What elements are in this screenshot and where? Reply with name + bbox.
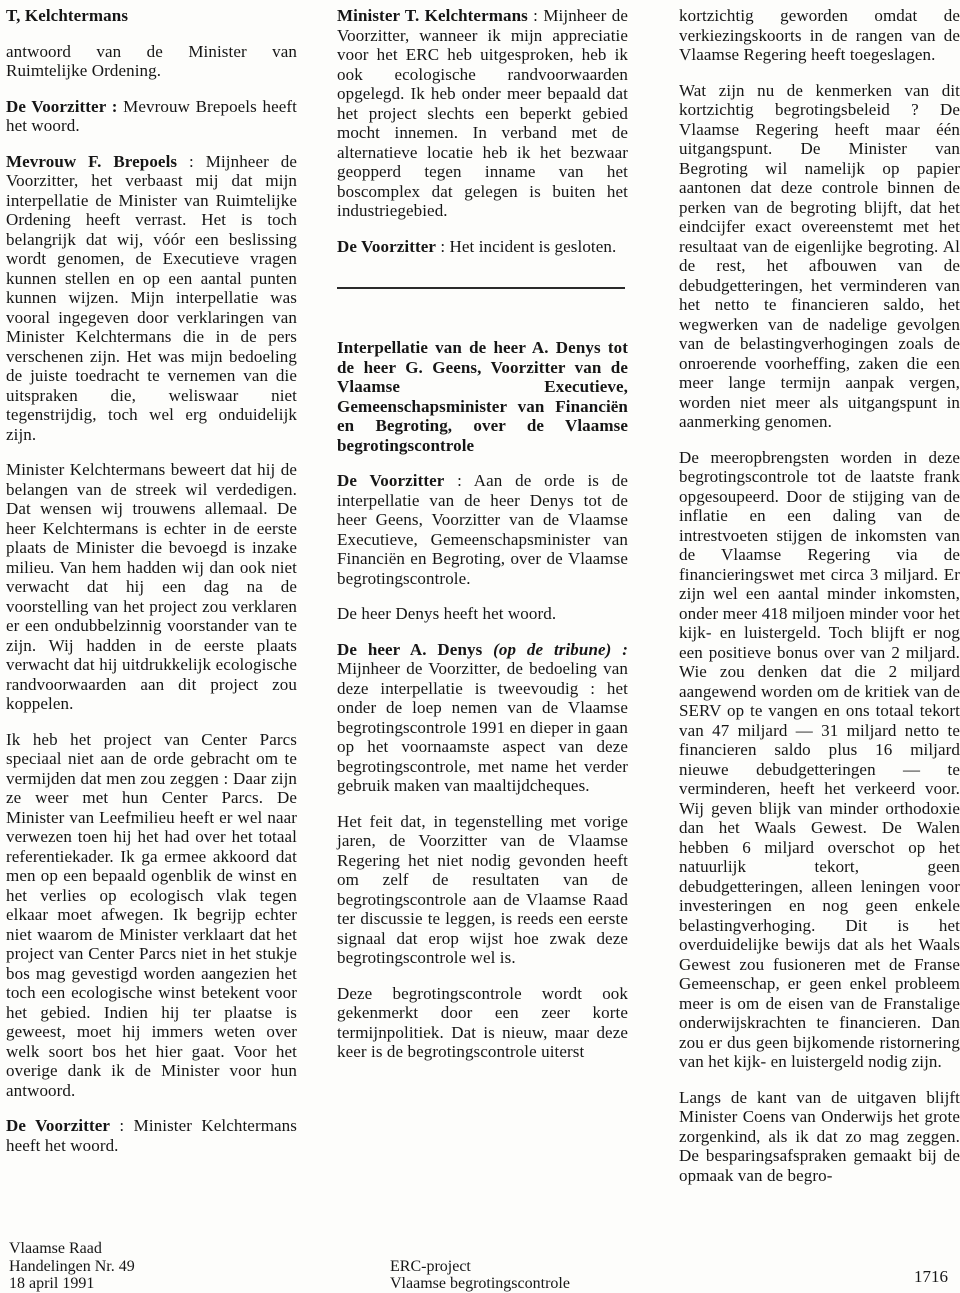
text-segment: antwoord van de Minister van Ruimtelijke…: [6, 42, 297, 81]
paragraph: Ik heb het project van Center Parcs spec…: [6, 730, 297, 1101]
text-segment: : Mijnheer de Voorzitter, wanneer ik mij…: [337, 6, 628, 220]
running-header: T, Kelchtermans: [6, 6, 297, 26]
text-segment: De Voorzitter: [337, 471, 444, 490]
speaker-paragraph: De heer A. Denys (op de tribune) : Mijnh…: [337, 640, 628, 796]
footer-topic-info: ERC-project Vlaamse begrotingscontrole: [390, 1258, 570, 1293]
paragraph: Deze begrotingscontrole wordt ook gekenm…: [337, 984, 628, 1062]
interpellation-heading: Interpellatie van de heer A. Denys tot d…: [337, 338, 628, 455]
text-column-3: kortzichtig geworden omdat de verkiezing…: [679, 6, 960, 1201]
text-segment: Het feit dat, in tegenstelling met vorig…: [337, 812, 628, 968]
text-segment: T, Kelchtermans: [6, 6, 128, 25]
columns: T, Kelchtermansantwoord van de Minister …: [0, 0, 960, 1201]
text-column-2: Minister T. Kelchtermans : Mijnheer de V…: [337, 6, 628, 1078]
footer-proceedings-number: Handelingen Nr. 49: [9, 1258, 135, 1276]
text-segment: (op de tribune) :: [493, 640, 628, 659]
text-segment: kortzichtig geworden omdat de verkiezing…: [679, 6, 960, 64]
paragraph: antwoord van de Minister van Ruimtelijke…: [6, 42, 297, 81]
paragraph: kortzichtig geworden omdat de verkiezing…: [679, 6, 960, 65]
paragraph: Wat zijn nu de kenmerken van dit kortzic…: [679, 81, 960, 432]
text-segment: De heer Denys heeft het woord.: [337, 604, 556, 623]
speaker-paragraph: De Voorzitter : Minister Kelchtermans he…: [6, 1116, 297, 1155]
speaker-paragraph: Mevrouw F. Brepoels : Mijnheer de Voorzi…: [6, 152, 297, 445]
paragraph: De heer Denys heeft het woord.: [337, 604, 628, 624]
paragraph: Het feit dat, in tegenstelling met vorig…: [337, 812, 628, 968]
text-segment: Wat zijn nu de kenmerken van dit kortzic…: [679, 81, 960, 432]
page-number: 1716: [914, 1267, 948, 1287]
text-segment: De Voorzitter: [6, 1116, 110, 1135]
footer-topic-line-1: ERC-project: [390, 1258, 570, 1276]
text-segment: Interpellatie van de heer A. Denys tot d…: [337, 338, 628, 455]
document-page: T, Kelchtermansantwoord van de Minister …: [0, 0, 960, 1293]
footer-topic-line-2: Vlaamse begrotingscontrole: [390, 1275, 570, 1293]
text-column-1: T, Kelchtermansantwoord van de Minister …: [6, 6, 297, 1171]
text-segment: Mijnheer de Voorzitter, de bedoeling van…: [337, 659, 628, 795]
speaker-paragraph: De Voorzitter : Het incident is gesloten…: [337, 237, 628, 257]
text-segment: De Voorzitter: [337, 237, 436, 256]
text-segment: Deze begrotingscontrole wordt ook gekenm…: [337, 984, 628, 1062]
text-segment: De meeropbrengsten worden in deze begrot…: [679, 448, 960, 1072]
text-segment: : Mijnheer de Voorzitter, het verbaast m…: [6, 152, 297, 444]
speaker-paragraph: De Voorzitter : Mevrouw Brepoels heeft h…: [6, 97, 297, 136]
paragraph: Minister Kelchtermans beweert dat hij de…: [6, 460, 297, 714]
footer-publication-name: Vlaamse Raad: [9, 1240, 135, 1258]
footer-date: 18 april 1991: [9, 1275, 135, 1293]
text-segment: Mevrouw F. Brepoels: [6, 152, 177, 171]
speaker-paragraph: De Voorzitter : Aan de orde is de interp…: [337, 471, 628, 588]
text-segment: De heer A. Denys: [337, 640, 493, 659]
speaker-paragraph: Minister T. Kelchtermans : Mijnheer de V…: [337, 6, 628, 221]
text-segment: Minister T. Kelchtermans: [337, 6, 528, 25]
footer-publication-info: Vlaamse Raad Handelingen Nr. 49 18 april…: [9, 1240, 135, 1293]
text-segment: Ik heb het project van Center Parcs spec…: [6, 730, 297, 1100]
paragraph: De meeropbrengsten worden in deze begrot…: [679, 448, 960, 1072]
section-divider: [337, 287, 625, 289]
paragraph: Langs de kant van de uitgaven blijft Min…: [679, 1088, 960, 1186]
text-segment: Minister Kelchtermans beweert dat hij de…: [6, 460, 297, 713]
text-segment: Langs de kant van de uitgaven blijft Min…: [679, 1088, 960, 1185]
text-segment: De Voorzitter :: [6, 97, 117, 116]
text-segment: : Het incident is gesloten.: [436, 237, 616, 256]
